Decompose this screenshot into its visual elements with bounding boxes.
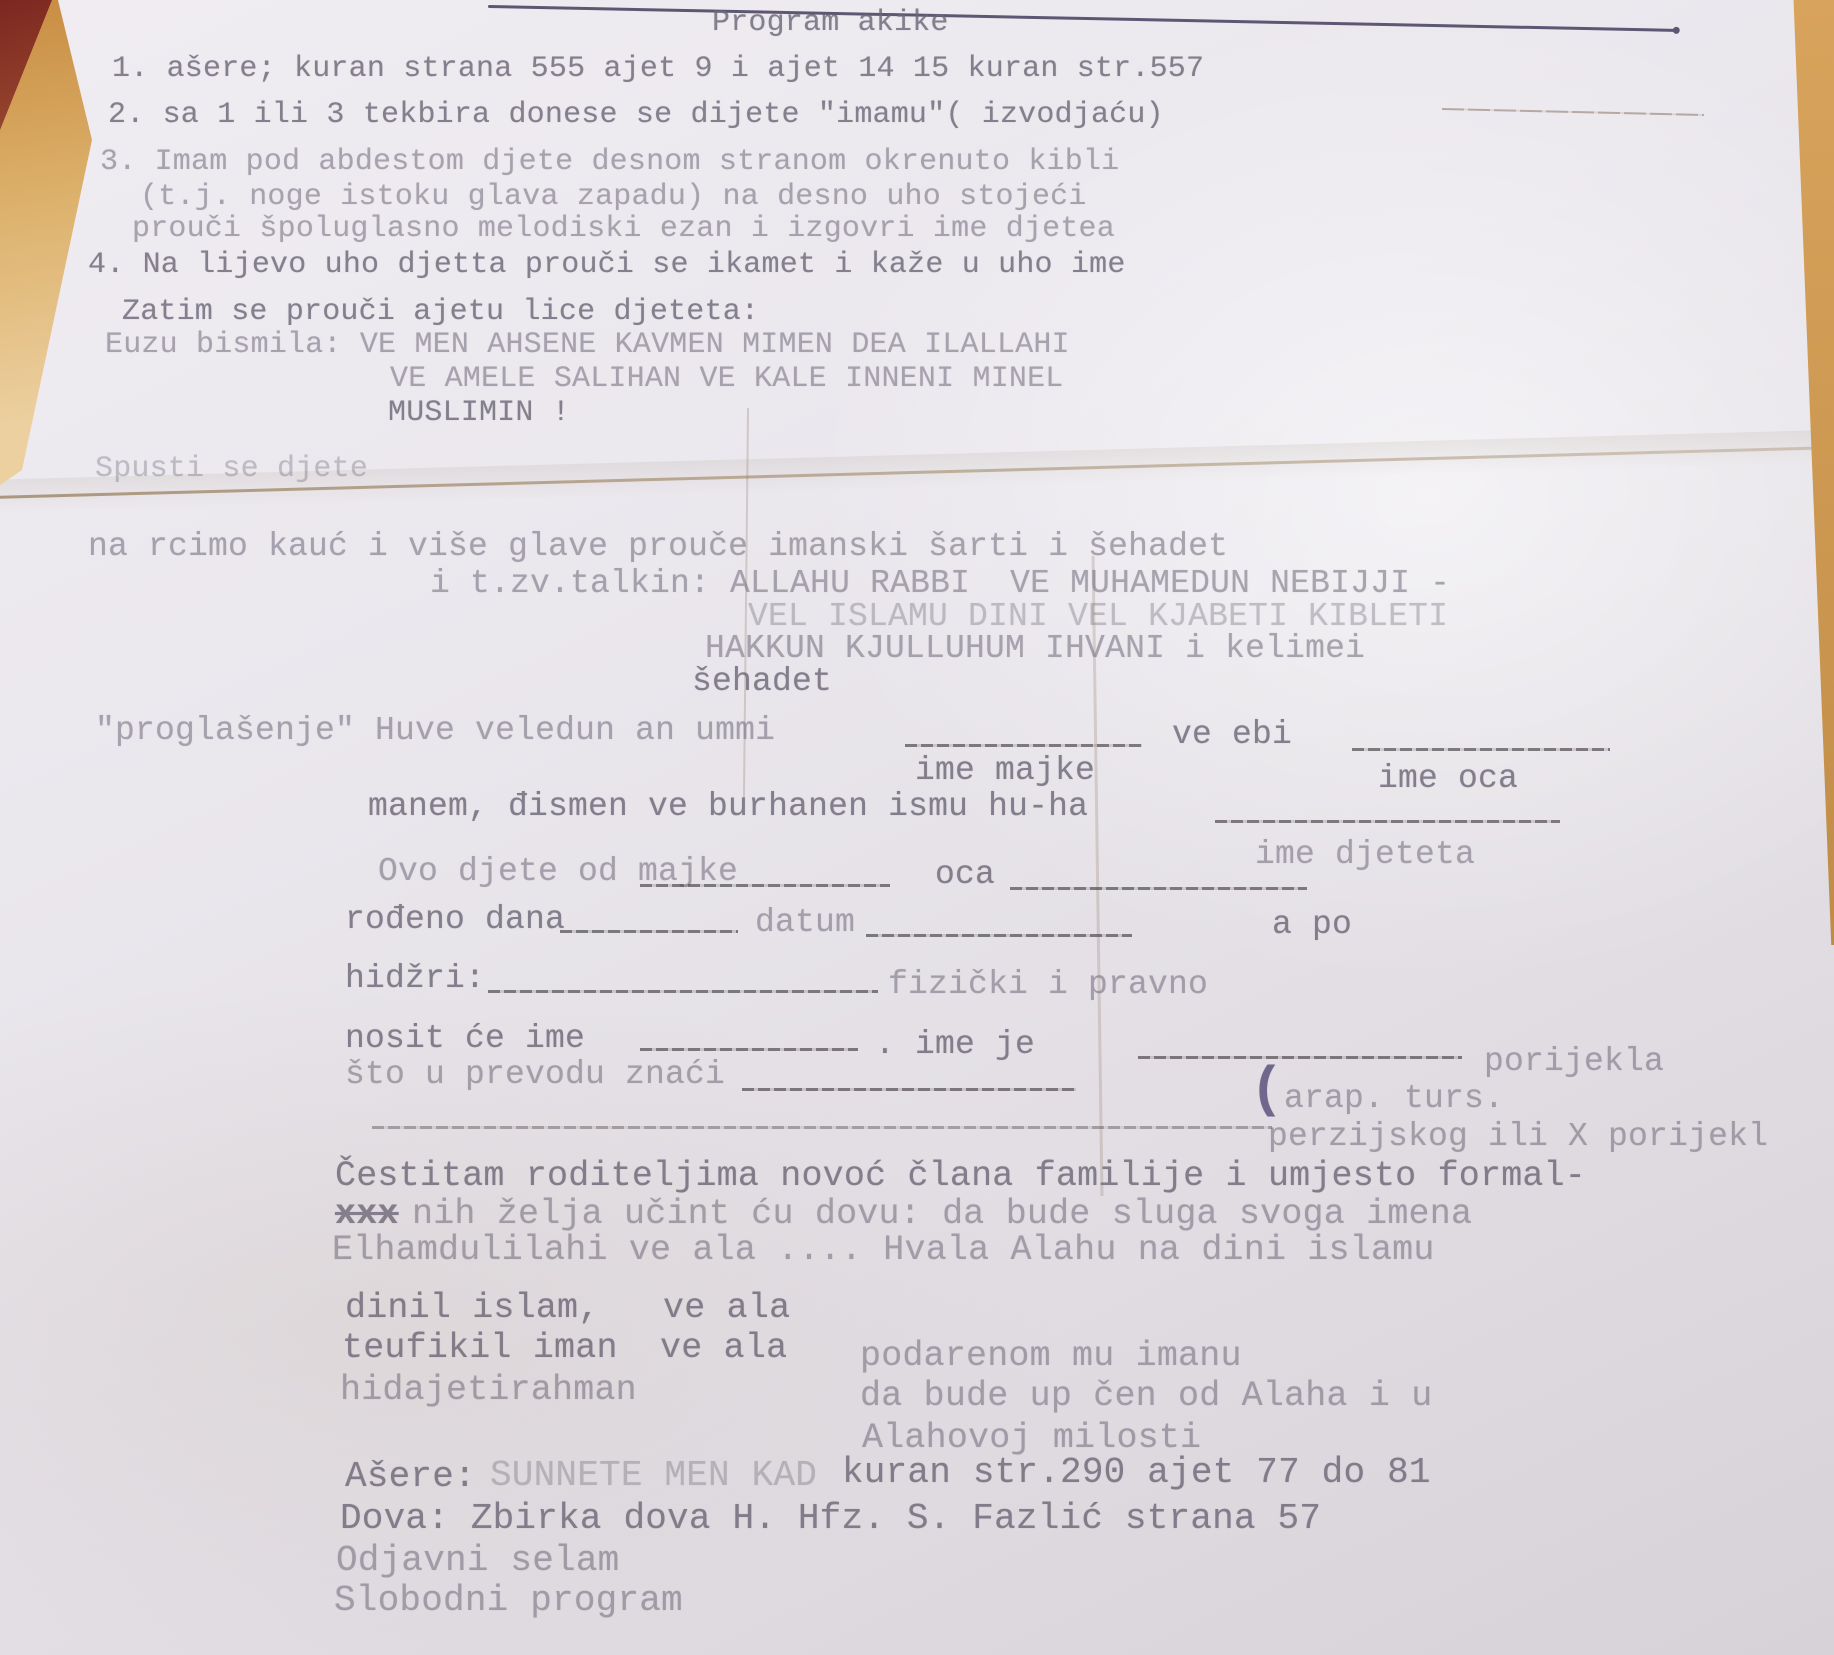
blank-prevod bbox=[742, 1088, 1076, 1091]
text-line: porijekla bbox=[1484, 1043, 1664, 1080]
text-line: (t.j. noge istoku glava zapadu) na desno… bbox=[140, 180, 1087, 214]
label-ime-oca: ime oca bbox=[1378, 760, 1518, 797]
text-line: manem, đismen ve burhanen ismu hu-ha bbox=[368, 788, 1088, 825]
text-line: hidžri: bbox=[345, 960, 485, 997]
text-line: Zatim se prouči ajetu lice djeteta: bbox=[122, 295, 759, 329]
blank-ime-djeteta bbox=[1215, 820, 1560, 823]
struck-typo: xxx bbox=[335, 1194, 399, 1234]
blank-rodjeno-dana bbox=[560, 930, 738, 933]
text-line: MUSLIMIN ! bbox=[388, 396, 570, 430]
text-line: Ašere: bbox=[345, 1456, 476, 1497]
blank-hidzri bbox=[488, 990, 878, 993]
text-line: rođeno dana bbox=[345, 901, 565, 938]
text-line: Čestitam roditeljima novoć člana familij… bbox=[335, 1156, 1586, 1196]
blank-ime-oca bbox=[1352, 748, 1610, 751]
text-line: SUNNETE MEN KAD bbox=[490, 1455, 817, 1496]
blank-ime-je bbox=[1138, 1056, 1462, 1059]
blank-long bbox=[372, 1126, 1272, 1129]
text-line: ve ebi bbox=[1172, 716, 1292, 753]
text-line: a po bbox=[1272, 906, 1352, 943]
text-line: HAKKUN KJULLUHUM IHVANI i kelimei bbox=[705, 630, 1365, 667]
label-ime-djeteta: ime djeteta bbox=[1255, 836, 1475, 873]
text-line: da bude up čen od Alaha i u bbox=[860, 1376, 1433, 1416]
list-item-1: 1. ašere; kuran strana 555 ajet 9 i ajet… bbox=[112, 52, 1204, 86]
text-line: perzijskog ili X porijekl bbox=[1268, 1118, 1768, 1155]
doc-title: Program akike bbox=[712, 6, 949, 40]
text-line: fizički i pravno bbox=[888, 966, 1208, 1003]
text-line: kuran str.290 ajet 77 do 81 bbox=[842, 1452, 1431, 1493]
text-line: Elhamdulilahi ve ala .... Hvala Alahu na… bbox=[332, 1230, 1435, 1270]
blank-ime-majke bbox=[905, 744, 1142, 747]
list-item-3: 3. Imam pod abdestom djete desnom strano… bbox=[100, 145, 1119, 179]
text-line: šehadet bbox=[692, 663, 832, 700]
text-line: Euzu bismila: VE MEN AHSENE KAVMEN MIMEN… bbox=[105, 328, 1070, 362]
text-line: na rcimo kauć i više glave prouče imansk… bbox=[88, 528, 1228, 565]
text-line: što u prevodu znaći bbox=[345, 1056, 725, 1093]
ink-paren: ( bbox=[1250, 1058, 1284, 1122]
text-line: nih želja učint ću dovu: da bude sluga s… bbox=[412, 1194, 1472, 1234]
blank-nosit-ime bbox=[640, 1048, 858, 1051]
text-line: arap. turs. bbox=[1284, 1080, 1504, 1117]
text-line: Dova: Zbirka dova H. Hfz. S. Fazlić stra… bbox=[340, 1498, 1321, 1539]
text-line: "proglašenje" Huve veledun an ummi bbox=[95, 712, 775, 749]
text-line: Odjavni selam bbox=[336, 1540, 619, 1581]
list-item-4: 4. Na lijevo uho djetta prouči se ikamet… bbox=[88, 248, 1126, 282]
document-photo: Program akike1. ašere; kuran strana 555 … bbox=[0, 0, 1834, 1655]
text-line: podarenom mu imanu bbox=[860, 1336, 1242, 1376]
text-line: nosit će ime bbox=[345, 1020, 585, 1057]
text-line: dinil islam, ve ala bbox=[345, 1288, 790, 1328]
label-datum: datum bbox=[755, 904, 855, 941]
text-line: VE AMELE SALIHAN VE KALE INNENI MINEL bbox=[390, 362, 1064, 396]
text-line: oca bbox=[935, 856, 995, 893]
text-line: teufikil iman ve ala bbox=[342, 1328, 787, 1368]
text-line: . ime je bbox=[875, 1026, 1035, 1063]
list-item-2: 2. sa 1 ili 3 tekbira donese se dijete "… bbox=[108, 98, 1164, 132]
text-line: Spusti se djete bbox=[95, 452, 368, 486]
blank-od-majke bbox=[640, 884, 890, 887]
photo-of-document: { "colors":{ "table":"#c99a5e", "paper":… bbox=[0, 0, 1834, 1655]
blank-oca bbox=[1010, 887, 1307, 890]
text-line: i t.zv.talkin: ALLAHU RABBI VE MUHAMEDUN… bbox=[430, 565, 1450, 602]
label-ime-majke: ime majke bbox=[915, 752, 1095, 789]
text-line: prouči špoluglasno melodiski ezan i izgo… bbox=[132, 212, 1115, 246]
text-line: Slobodni program bbox=[334, 1580, 683, 1621]
blank-datum bbox=[866, 934, 1132, 937]
text-line: hidajetirahman bbox=[340, 1370, 637, 1410]
